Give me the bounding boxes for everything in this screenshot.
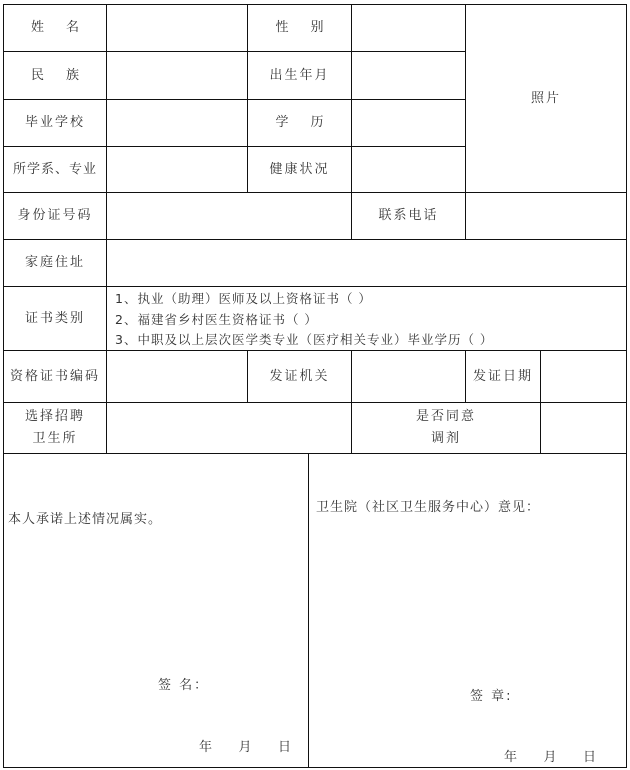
- label-agree-adjust: 是否同意调剂: [351, 402, 541, 454]
- agree-adjust-field[interactable]: [540, 402, 627, 454]
- school-field[interactable]: [106, 99, 248, 147]
- label-major: 所学系、专业: [3, 146, 107, 193]
- cert-option-2[interactable]: 2、福建省乡村医生资格证书（ ）: [115, 310, 318, 331]
- label-school: 毕业学校: [3, 99, 107, 147]
- applicant-date-label: 年 月 日: [199, 736, 293, 755]
- cert-option-1[interactable]: 1、执业（助理）医师及以上资格证书（ ）: [115, 289, 372, 310]
- label-birth: 出生年月: [247, 51, 352, 100]
- label-choose-clinic: 选择招聘卫生所: [3, 402, 107, 454]
- phone-field[interactable]: [465, 192, 627, 240]
- pledge-text: 本人承诺上述情况属实。: [8, 508, 162, 527]
- label-issuer: 发证机关: [247, 350, 352, 403]
- label-education: 学历: [247, 99, 352, 147]
- education-field[interactable]: [351, 99, 466, 147]
- birth-field[interactable]: [351, 51, 466, 100]
- health-field[interactable]: [351, 146, 466, 193]
- ethnicity-field[interactable]: [106, 51, 248, 100]
- name-field[interactable]: [106, 4, 248, 52]
- label-cert-type: 证书类别: [3, 286, 107, 351]
- id-number-field[interactable]: [106, 192, 352, 240]
- issuer-field[interactable]: [351, 350, 466, 403]
- hospital-date-label: 年 月 日: [504, 746, 598, 765]
- major-field[interactable]: [106, 146, 248, 193]
- label-id-number: 身份证号码: [3, 192, 107, 240]
- label-address: 家庭住址: [3, 239, 107, 287]
- label-phone: 联系电话: [351, 192, 466, 240]
- cert-type-options: 1、执业（助理）医师及以上资格证书（ ） 2、福建省乡村医生资格证书（ ） 3、…: [106, 286, 627, 351]
- applicant-pledge-section[interactable]: [3, 453, 309, 768]
- applicant-sign-label: 签 名：: [158, 674, 209, 693]
- issue-date-field[interactable]: [540, 350, 627, 403]
- address-field[interactable]: [106, 239, 627, 287]
- label-cert-number: 资格证书编码: [3, 350, 107, 403]
- label-ethnicity: 民族: [3, 51, 107, 100]
- choose-clinic-field[interactable]: [106, 402, 352, 454]
- label-issue-date: 发证日期: [465, 350, 541, 403]
- photo-box[interactable]: 照片: [465, 4, 627, 193]
- photo-label: 照片: [531, 88, 561, 110]
- cert-number-field[interactable]: [106, 350, 248, 403]
- hospital-stamp-label: 签 章:: [470, 685, 513, 704]
- hospital-opinion-text: 卫生院（社区卫生服务中心）意见：: [316, 496, 540, 515]
- label-health: 健康状况: [247, 146, 352, 193]
- gender-field[interactable]: [351, 4, 466, 52]
- cert-option-3[interactable]: 3、中职及以上层次医学类专业（医疗相关专业）毕业学历（ ）: [115, 330, 493, 351]
- label-gender: 性别: [247, 4, 352, 52]
- label-name: 姓名: [3, 4, 107, 52]
